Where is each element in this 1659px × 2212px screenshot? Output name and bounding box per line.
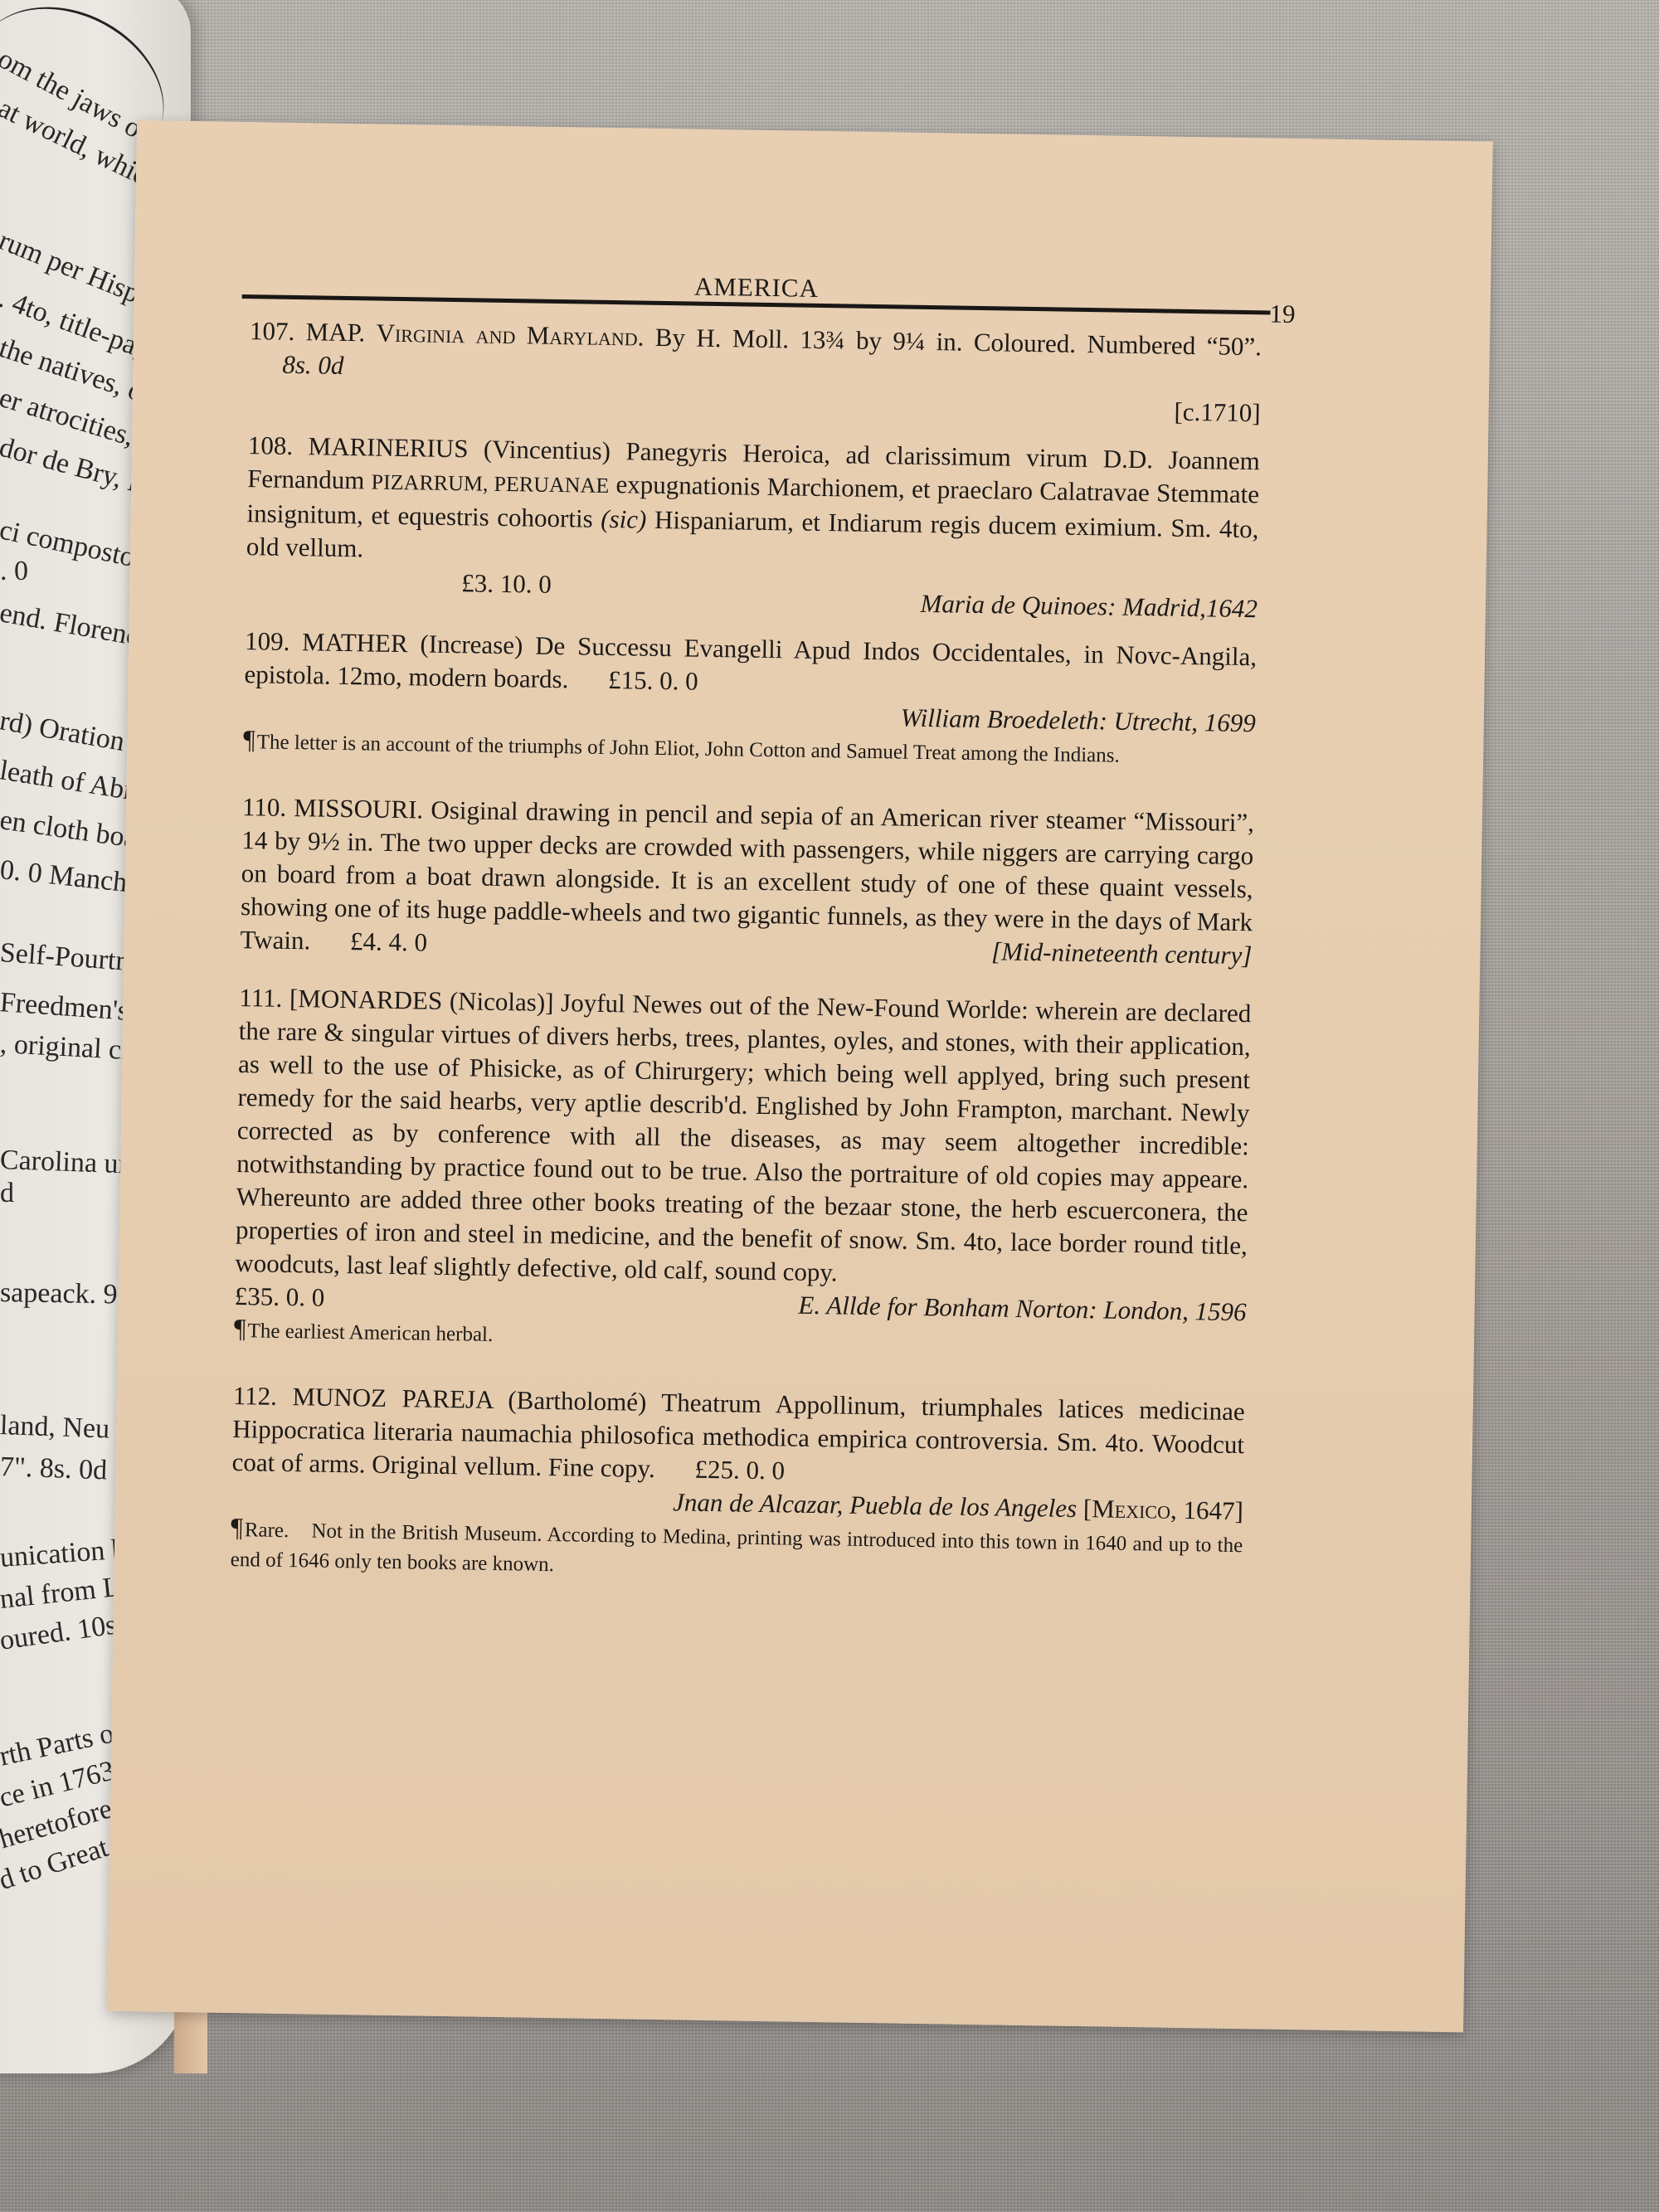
catalogue-page: AMERICA 19 107. MAP. Virginia and Maryla…: [107, 120, 1493, 2032]
note-text: The earliest American herbal.: [247, 1320, 493, 1346]
entry-imprint-bracket: [Mexico, 1647]: [1083, 1494, 1243, 1525]
entry-author-forename: (Increase): [420, 629, 523, 659]
entry-price: £15. 0. 0: [608, 664, 698, 698]
left-page-line: end. Florenc: [0, 597, 142, 653]
entry-number: 111.: [239, 983, 282, 1013]
page-number: 19: [1269, 297, 1296, 330]
entry-number: 112.: [233, 1381, 278, 1411]
entry-text: 112. MUNOZ PAREJA (Bartholomé) Theatrum …: [231, 1379, 1245, 1495]
entry-number: 108.: [248, 430, 294, 460]
entry-author-forename: (Bartholomé): [508, 1385, 647, 1417]
entry-price: £25. 0. 0: [694, 1453, 785, 1488]
running-head: AMERICA 19: [251, 263, 1263, 315]
left-page-line: . 0: [0, 556, 28, 587]
entry-imprint: E. Allde for Bonham Norton: London, 1596: [798, 1289, 1247, 1329]
entry-112: 112. MUNOZ PAREJA (Bartholomé) Theatrum …: [230, 1379, 1245, 1591]
entry-heading: MISSOURI.: [294, 793, 423, 824]
entry-sic: (sic): [601, 504, 647, 534]
entry-107: 107. MAP. Virginia and Maryland. By H. M…: [248, 314, 1262, 430]
entry-heading: MUNOZ PAREJA: [292, 1382, 493, 1414]
entry-price: £35. 0. 0: [234, 1280, 324, 1315]
entry-price: 8s. 0d: [282, 348, 344, 382]
left-page-line: d: [0, 1178, 14, 1209]
entry-imprint: Maria de Quinoes: Madrid,1642: [920, 587, 1258, 625]
entry-heading-smallcaps: Virginia and Maryland.: [376, 318, 644, 352]
entry-caps: PIZARRUM, PERUANAE: [371, 469, 609, 497]
entry-price: £3. 10. 0: [461, 566, 552, 615]
entry-text: 111. [MONARDES (Nicolas)] Joyful Newes o…: [235, 981, 1252, 1296]
pilcrow-icon: ¶: [231, 1512, 243, 1542]
pilcrow-icon: ¶: [234, 1313, 246, 1343]
entry-body: Joyful Newes out of the New-Found Worlde…: [235, 988, 1251, 1286]
entry-text: 108. MARINERIUS (Vincentius) Panegyris H…: [246, 429, 1260, 579]
entry-109: 109. MATHER (Increase) De Successu Evang…: [243, 625, 1257, 773]
entry-heading: MARINERIUS: [308, 431, 468, 463]
entry-number: 107.: [250, 316, 295, 346]
note-text: Not in the British Museum. According to …: [231, 1520, 1243, 1577]
entry-text: 110. MISSOURI. Osiginal drawing in penci…: [240, 790, 1254, 972]
pilcrow-icon: ¶: [243, 724, 255, 754]
note-lead: Rare.: [245, 1519, 289, 1542]
entry-body: By H. Moll. 13¾ by 9¼ in. Coloured. Numb…: [655, 323, 1262, 361]
entry-price: £4. 4. 0: [350, 925, 428, 959]
entry-number: 110.: [242, 792, 287, 822]
entry-heading: MAP.: [305, 317, 365, 347]
left-page-line: 7". 8s. 0d: [0, 1451, 108, 1486]
entry-heading: [MONARDES (Nicolas)]: [289, 984, 554, 1017]
page-content: AMERICA 19 107. MAP. Virginia and Maryla…: [230, 263, 1262, 1591]
entry-author-forename: (Vincentius): [484, 435, 611, 465]
entry-110: 110. MISSOURI. Osiginal drawing in penci…: [240, 790, 1254, 972]
entry-111: 111. [MONARDES (Nicolas)] Joyful Newes o…: [234, 981, 1252, 1362]
entry-number: 109.: [245, 626, 290, 656]
entry-108: 108. MARINERIUS (Vincentius) Panegyris H…: [246, 429, 1260, 625]
entry-heading: MATHER: [302, 627, 408, 658]
note-text: The letter is an account of the triumphs…: [257, 731, 1120, 766]
entry-imprint: Jnan de Alcazar, Puebla de los Angeles: [673, 1487, 1078, 1523]
entry-imprint: [Mid-nineteenth century]: [991, 935, 1253, 972]
